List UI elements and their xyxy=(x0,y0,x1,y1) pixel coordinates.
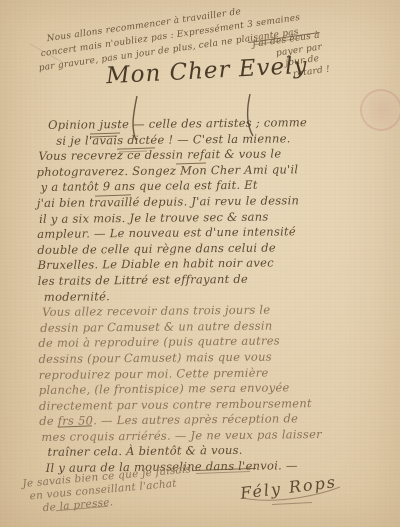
letter-body: Opinion juste — celle des artistes ; com… xyxy=(36,114,380,476)
signature: Fély Rops xyxy=(239,472,338,503)
dash-after-achat xyxy=(272,502,312,505)
letter-page: Nous allons recommencer à travailler de … xyxy=(0,0,400,527)
